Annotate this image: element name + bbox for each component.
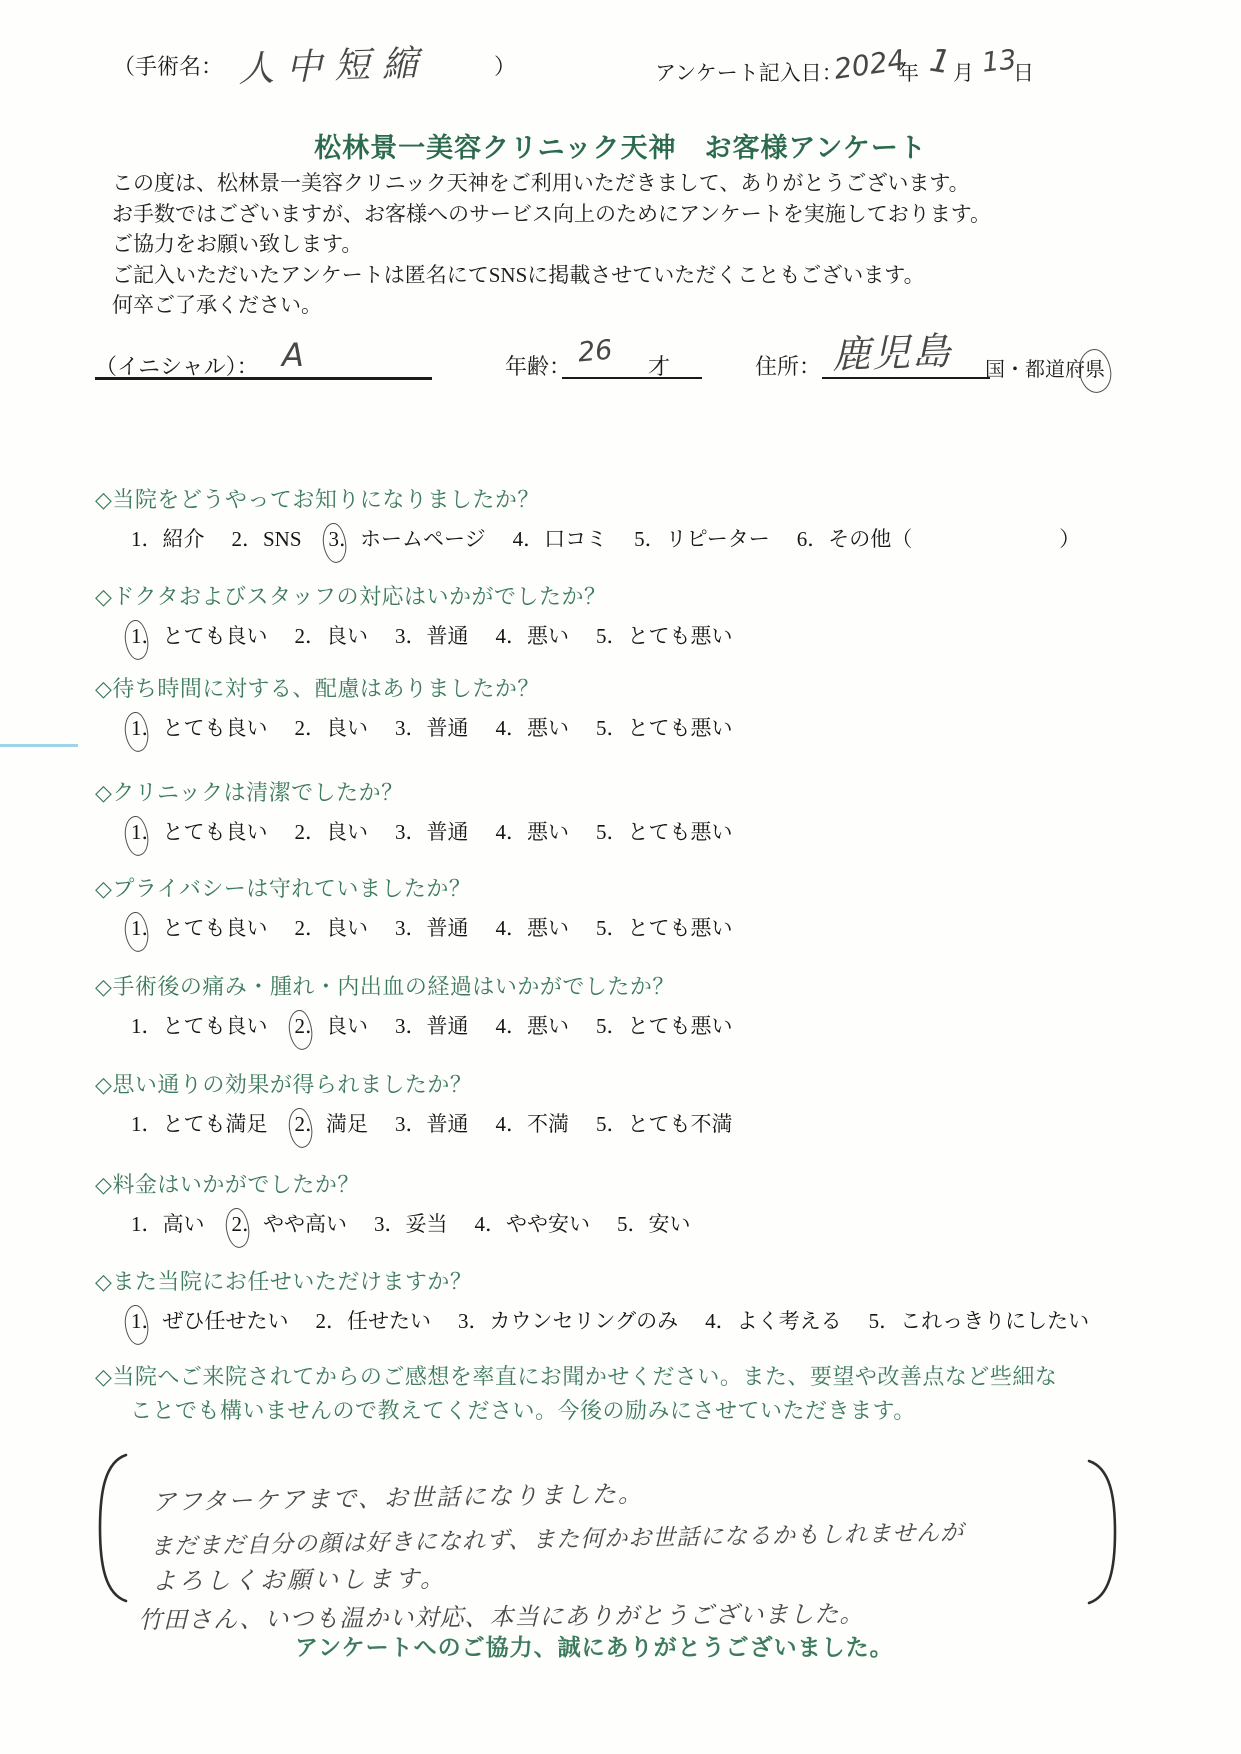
address-value-handwritten: 鹿児島 (831, 320, 953, 379)
question-8: ◇料金はいかがでしたか？1．高い2．やや高い3．妥当4．やや安い5．安い (95, 1168, 1221, 1238)
option-number-dot: ． (305, 1112, 326, 1136)
question-2-option-1: 1．とても良い (131, 624, 268, 648)
option-number: 6 (797, 527, 808, 551)
option-label: 妥当 (406, 1212, 448, 1236)
option-number: 4 (496, 916, 507, 940)
age-underline (562, 377, 702, 379)
question-4-option-3: 3．普通 (395, 820, 469, 844)
question-7: ◇思い通りの効果が得られましたか？1．とても満足2．満足3．普通4．不満5．とて… (95, 1068, 1221, 1138)
question-1-option-3: 3．ホームページ (329, 527, 486, 551)
question-options: 1．高い2．やや高い3．妥当4．やや安い5．安い (131, 1208, 1221, 1238)
option-number-dot: ． (607, 916, 628, 940)
option-number-dot: ． (506, 624, 527, 648)
selected-answer-circle: 3 (329, 527, 340, 552)
question-options: 1．とても良い2．良い3．普通4．悪い5．とても悪い (131, 816, 1221, 846)
option-number-dot: ． (628, 1212, 649, 1236)
question-heading: ◇手術後の痛み・腫れ・内出血の経過はいかがでしたか？ (95, 970, 1221, 1001)
option-number-dot: ． (142, 624, 163, 648)
question-5-option-5: 5．とても悪い (596, 916, 733, 940)
option-number: 3 (395, 820, 406, 844)
option-label: とても良い (163, 820, 268, 844)
age-value-handwritten: 26 (577, 335, 614, 369)
option-label: 悪い (527, 820, 569, 844)
option-label: とても良い (163, 916, 268, 940)
option-label: よく考える (737, 1309, 842, 1333)
option-label: 悪い (527, 624, 569, 648)
question-heading: ◇プライバシーは守れていましたか？ (95, 872, 1221, 903)
question-4-option-5: 5．とても悪い (596, 820, 733, 844)
question-heading: ◇待ち時間に対する、配慮はありましたか？ (95, 672, 1221, 703)
option-number-dot: ． (607, 1014, 628, 1038)
option-number-dot: ． (305, 624, 326, 648)
surgery-value-handwritten: 人中短縮 (237, 35, 431, 93)
option-number-dot: ． (523, 527, 544, 551)
option-number-dot: ． (406, 716, 427, 740)
question-9-option-4: 4．よく考える (705, 1309, 842, 1333)
region-prefix: 国・都道府 (985, 359, 1085, 381)
option-number: 3 (395, 624, 406, 648)
question-options: 1．とても良い2．良い3．普通4．悪い5．とても悪い (131, 620, 1221, 650)
selected-answer-circle: 2 (295, 1014, 306, 1039)
option-number-dot: ． (326, 1309, 347, 1333)
option-number-dot: ． (807, 527, 828, 551)
question-8-option-2: 2．やや高い (232, 1212, 348, 1236)
comment-left-bracket (93, 1452, 131, 1609)
option-label: とても不満 (628, 1112, 733, 1136)
option-number: 5 (596, 624, 607, 648)
question-1-option-2: 2．SNS (232, 527, 302, 551)
question-8-option-5: 5．安い (617, 1212, 691, 1236)
option-label: とても悪い (628, 820, 733, 844)
option-number: 5 (634, 527, 645, 551)
question-4-option-4: 4．悪い (496, 820, 570, 844)
option-number-dot: ． (142, 716, 163, 740)
question-3: ◇待ち時間に対する、配慮はありましたか？1．とても良い2．良い3．普通4．悪い5… (95, 672, 1221, 742)
option-number: 5 (869, 1309, 880, 1333)
option-label: やや安い (506, 1212, 590, 1236)
option-number: 1 (131, 1112, 142, 1136)
option-number-dot: ． (406, 1112, 427, 1136)
date-year-handwritten: 2024 (832, 43, 907, 86)
option-number: 4 (496, 624, 507, 648)
comment-line-3: よろしくお願いします。 (152, 1559, 447, 1597)
option-number: 5 (596, 916, 607, 940)
date-month-unit: 月 (953, 57, 974, 87)
option-number: 4 (475, 1212, 486, 1236)
option-number-dot: ． (406, 1014, 427, 1038)
question-8-option-4: 4．やや安い (475, 1212, 591, 1236)
option-number: 5 (617, 1212, 628, 1236)
option-label: 普通 (427, 1112, 469, 1136)
intro-line: ご協力をお願い致します。 (112, 229, 991, 260)
option-number: 2 (295, 624, 306, 648)
scan-artifact-blue-line (0, 744, 78, 747)
option-number: 2 (295, 820, 306, 844)
option-number-dot: ． (142, 916, 163, 940)
option-number-dot: ． (607, 1112, 628, 1136)
option-label: とても良い (163, 716, 268, 740)
intro-line: 何卒ご了承ください。 (112, 290, 991, 321)
initial-value-handwritten: A (282, 336, 304, 374)
date-month-handwritten: 1 (927, 41, 953, 82)
option-number-dot: ． (607, 624, 628, 648)
question-3-option-5: 5．とても悪い (596, 716, 733, 740)
question-1: ◇当院をどうやってお知りになりましたか？1．紹介2．SNS3．ホームページ4．口… (95, 483, 1221, 553)
question-options: 1．とても良い2．良い3．普通4．悪い5．とても悪い (131, 912, 1221, 942)
option-label: 普通 (427, 916, 469, 940)
question-options: 1．紹介2．SNS3．ホームページ4．口コミ5．リピーター6．その他（ ） (131, 523, 1221, 553)
option-number: 4 (513, 527, 524, 551)
question-9-option-2: 2．任せたい (316, 1309, 432, 1333)
option-label: 良い (326, 716, 368, 740)
option-label: 不満 (527, 1112, 569, 1136)
comment-right-bracket (1084, 1458, 1122, 1611)
question-5-option-4: 4．悪い (496, 916, 570, 940)
option-number-dot: ． (242, 1212, 263, 1236)
option-number-dot: ． (879, 1309, 900, 1333)
option-number-dot: ． (506, 916, 527, 940)
option-number: 3 (458, 1309, 469, 1333)
option-label: ぜひ任せたい (163, 1309, 289, 1333)
question-3-option-1: 1．とても良い (131, 716, 268, 740)
option-number-dot: ． (406, 820, 427, 844)
option-label: 満足 (326, 1112, 368, 1136)
question-options: 1．ぜひ任せたい2．任せたい3．カウンセリングのみ4．よく考える5．これっきりに… (131, 1305, 1221, 1335)
option-number-dot: ． (142, 1212, 163, 1236)
option-number-dot: ． (406, 624, 427, 648)
option-number: 2 (232, 527, 243, 551)
final-open-question: ◇当院へご来院されてからのご感想を率直にお聞かせください。また、要望や改善点など… (95, 1360, 1057, 1428)
option-number: 3 (395, 1112, 406, 1136)
option-number-dot: ． (142, 1309, 163, 1333)
option-label: とても良い (163, 624, 268, 648)
option-number-dot: ． (142, 820, 163, 844)
option-number-dot: ． (645, 527, 666, 551)
question-6-option-3: 3．普通 (395, 1014, 469, 1038)
question-options: 1．とても満足2．満足3．普通4．不満5．とても不満 (131, 1108, 1221, 1138)
date-day-unit: 日 (1013, 57, 1034, 87)
option-number: 3 (395, 716, 406, 740)
question-heading: ◇クリニックは清潔でしたか？ (95, 776, 1221, 807)
question-3-option-4: 4．悪い (496, 716, 570, 740)
option-number-dot: ． (142, 527, 163, 551)
intro-line: この度は、松林景一美容クリニック天神をご利用いただきまして、ありがとうございます… (112, 168, 991, 199)
question-7-option-5: 5．とても不満 (596, 1112, 733, 1136)
question-6: ◇手術後の痛み・腫れ・内出血の経過はいかがでしたか？1．とても良い2．良い3．普… (95, 970, 1221, 1040)
option-label: やや高い (263, 1212, 347, 1236)
option-number-dot: ． (485, 1212, 506, 1236)
option-number-dot: ． (506, 820, 527, 844)
question-8-option-1: 1．高い (131, 1212, 205, 1236)
question-8-option-3: 3．妥当 (374, 1212, 448, 1236)
date-year-unit: 年 (898, 57, 919, 87)
option-number-dot: ． (305, 1014, 326, 1038)
option-number: 5 (596, 820, 607, 844)
option-number: 1 (131, 1212, 142, 1236)
option-number: 4 (496, 1112, 507, 1136)
question-1-option-4: 4．口コミ (513, 527, 608, 551)
question-4-option-1: 1．とても良い (131, 820, 268, 844)
surgery-close-paren: ） (494, 50, 516, 81)
question-1-option-5: 5．リピーター (634, 527, 770, 551)
question-4-option-2: 2．良い (295, 820, 369, 844)
option-number-dot: ． (242, 527, 263, 551)
option-number-dot: ． (305, 820, 326, 844)
option-number: 4 (496, 1014, 507, 1038)
option-label: とても満足 (163, 1112, 268, 1136)
option-number: 4 (496, 820, 507, 844)
question-7-option-1: 1．とても満足 (131, 1112, 268, 1136)
question-6-option-4: 4．悪い (496, 1014, 570, 1038)
question-7-option-3: 3．普通 (395, 1112, 469, 1136)
question-2-option-2: 2．良い (295, 624, 369, 648)
option-number: 5 (596, 716, 607, 740)
option-label: これっきりにしたい (900, 1309, 1089, 1333)
option-label: とても悪い (628, 916, 733, 940)
region-type-text: 国・都道府県 (985, 353, 1105, 382)
option-label: とても悪い (628, 1014, 733, 1038)
option-label: 悪い (527, 716, 569, 740)
survey-sheet: （手術名： 人中短縮 ） アンケート記入日： 2024 年 1 月 13 日 松… (0, 0, 1241, 1754)
question-2-option-3: 3．普通 (395, 624, 469, 648)
question-1-option-6: 6．その他（ ） (797, 527, 1081, 551)
option-number-dot: ． (305, 916, 326, 940)
question-options: 1．とても良い2．良い3．普通4．悪い5．とても悪い (131, 712, 1221, 742)
address-label: 住所： (755, 350, 821, 381)
option-label: 良い (326, 820, 368, 844)
option-label: 安い (649, 1212, 691, 1236)
option-label: とても悪い (628, 716, 733, 740)
question-2-option-4: 4．悪い (496, 624, 570, 648)
question-7-option-2: 2．満足 (295, 1112, 369, 1136)
selected-answer-circle: 1 (131, 916, 142, 941)
option-label: とても良い (163, 1014, 268, 1038)
question-5: ◇プライバシーは守れていましたか？1．とても良い2．良い3．普通4．悪い5．とて… (95, 872, 1221, 942)
option-label: 普通 (427, 1014, 469, 1038)
option-number: 5 (596, 1112, 607, 1136)
option-number: 1 (131, 527, 142, 551)
option-label: 口コミ (544, 527, 607, 551)
question-6-option-1: 1．とても良い (131, 1014, 268, 1038)
intro-line: ご記入いただいたアンケートは匿名にてSNSに掲載させていただくこともございます。 (112, 260, 991, 291)
option-label: 任せたい (347, 1309, 431, 1333)
option-number: 3 (374, 1212, 385, 1236)
selected-answer-circle: 2 (232, 1212, 243, 1237)
question-heading: ◇料金はいかがでしたか？ (95, 1168, 1221, 1199)
question-4: ◇クリニックは清潔でしたか？1．とても良い2．良い3．普通4．悪い5．とても悪い (95, 776, 1221, 846)
option-number: 2 (295, 916, 306, 940)
question-9-option-5: 5．これっきりにしたい (869, 1309, 1090, 1333)
question-9-option-3: 3．カウンセリングのみ (458, 1309, 678, 1333)
option-number-dot: ． (339, 527, 360, 551)
final-question-line: ことでも構いませんので教えてください。今後の励みにさせていただきます。 (130, 1394, 1057, 1428)
option-number: 3 (395, 1014, 406, 1038)
region-circled-prefecture: 県 (1085, 353, 1105, 382)
question-5-option-2: 2．良い (295, 916, 369, 940)
final-question-line: ◇当院へご来院されてからのご感想を率直にお聞かせください。また、要望や改善点など… (95, 1360, 1057, 1394)
selected-answer-circle: 1 (131, 1309, 142, 1334)
selected-answer-circle: 1 (131, 624, 142, 649)
question-heading: ◇また当院にお任せいただけますか？ (95, 1265, 1221, 1296)
comment-line-2: まだまだ自分の顔は好きになれず、また何かお世話になるかもしれませんが (150, 1514, 965, 1561)
question-9-option-1: 1．ぜひ任せたい (131, 1309, 289, 1333)
initial-underline (95, 377, 432, 380)
option-label: 悪い (527, 916, 569, 940)
question-heading: ◇思い通りの効果が得られましたか？ (95, 1068, 1221, 1099)
option-number-dot: ． (607, 716, 628, 740)
option-number-dot: ． (607, 820, 628, 844)
question-heading: ◇当院をどうやってお知りになりましたか？ (95, 483, 1221, 514)
option-number: 5 (596, 1014, 607, 1038)
option-label: 高い (163, 1212, 205, 1236)
survey-date-label: アンケート記入日： (655, 57, 843, 87)
option-label: とても悪い (628, 624, 733, 648)
selected-answer-circle: 2 (295, 1112, 306, 1137)
option-label: 悪い (527, 1014, 569, 1038)
selected-answer-circle: 1 (131, 716, 142, 741)
question-heading: ◇ドクタおよびスタッフの対応はいかがでしたか？ (95, 580, 1221, 611)
option-number: 2 (316, 1309, 327, 1333)
option-number: 3 (395, 916, 406, 940)
question-3-option-3: 3．普通 (395, 716, 469, 740)
option-label: 紹介 (163, 527, 205, 551)
option-label: リピーター (666, 527, 770, 551)
question-3-option-2: 2．良い (295, 716, 369, 740)
option-number-dot: ． (142, 1014, 163, 1038)
surgery-label: （手術名： (113, 50, 223, 81)
question-6-option-2: 2．良い (295, 1014, 369, 1038)
option-label: 普通 (427, 716, 469, 740)
question-7-option-4: 4．不満 (496, 1112, 570, 1136)
option-number-dot: ． (385, 1212, 406, 1236)
option-number-dot: ． (406, 916, 427, 940)
option-number: 4 (496, 716, 507, 740)
intro-line: お手数ではございますが、お客様へのサービス向上のためにアンケートを実施しておりま… (112, 199, 991, 230)
question-2: ◇ドクタおよびスタッフの対応はいかがでしたか？1．とても良い2．良い3．普通4．… (95, 580, 1221, 650)
option-label: 普通 (427, 624, 469, 648)
intro-paragraph: この度は、松林景一美容クリニック天神をご利用いただきまして、ありがとうございます… (112, 168, 991, 321)
option-number-dot: ． (716, 1309, 737, 1333)
option-number-dot: ． (506, 1014, 527, 1038)
option-number: 4 (705, 1309, 716, 1333)
option-label: 普通 (427, 820, 469, 844)
question-6-option-5: 5．とても悪い (596, 1014, 733, 1038)
comment-line-1: アフターケアまで、お世話になりました。 (152, 1474, 644, 1518)
option-label: カウンセリングのみ (490, 1309, 679, 1333)
option-label: 良い (326, 916, 368, 940)
option-label: 良い (326, 1014, 368, 1038)
closing-thanks: アンケートへのご協力、誠にありがとうございました。 (295, 1629, 894, 1662)
option-label: ホームページ (360, 527, 486, 551)
page-title: 松林景一美容クリニック天神 お客様アンケート (0, 126, 1241, 165)
question-5-option-3: 3．普通 (395, 916, 469, 940)
option-label: SNS (263, 527, 302, 551)
question-1-option-1: 1．紹介 (131, 527, 205, 551)
question-2-option-5: 5．とても悪い (596, 624, 733, 648)
option-label: その他（ ） (828, 527, 1080, 551)
question-options: 1．とても良い2．良い3．普通4．悪い5．とても悪い (131, 1010, 1221, 1040)
option-number-dot: ． (469, 1309, 490, 1333)
address-underline (822, 377, 990, 379)
option-label: 良い (326, 624, 368, 648)
question-5-option-1: 1．とても良い (131, 916, 268, 940)
option-number: 1 (131, 1014, 142, 1038)
question-9: ◇また当院にお任せいただけますか？1．ぜひ任せたい2．任せたい3．カウンセリング… (95, 1265, 1221, 1335)
option-number-dot: ． (506, 716, 527, 740)
option-number-dot: ． (305, 716, 326, 740)
option-number-dot: ． (506, 1112, 527, 1136)
option-number: 2 (295, 716, 306, 740)
option-number-dot: ． (142, 1112, 163, 1136)
selected-answer-circle: 1 (131, 820, 142, 845)
